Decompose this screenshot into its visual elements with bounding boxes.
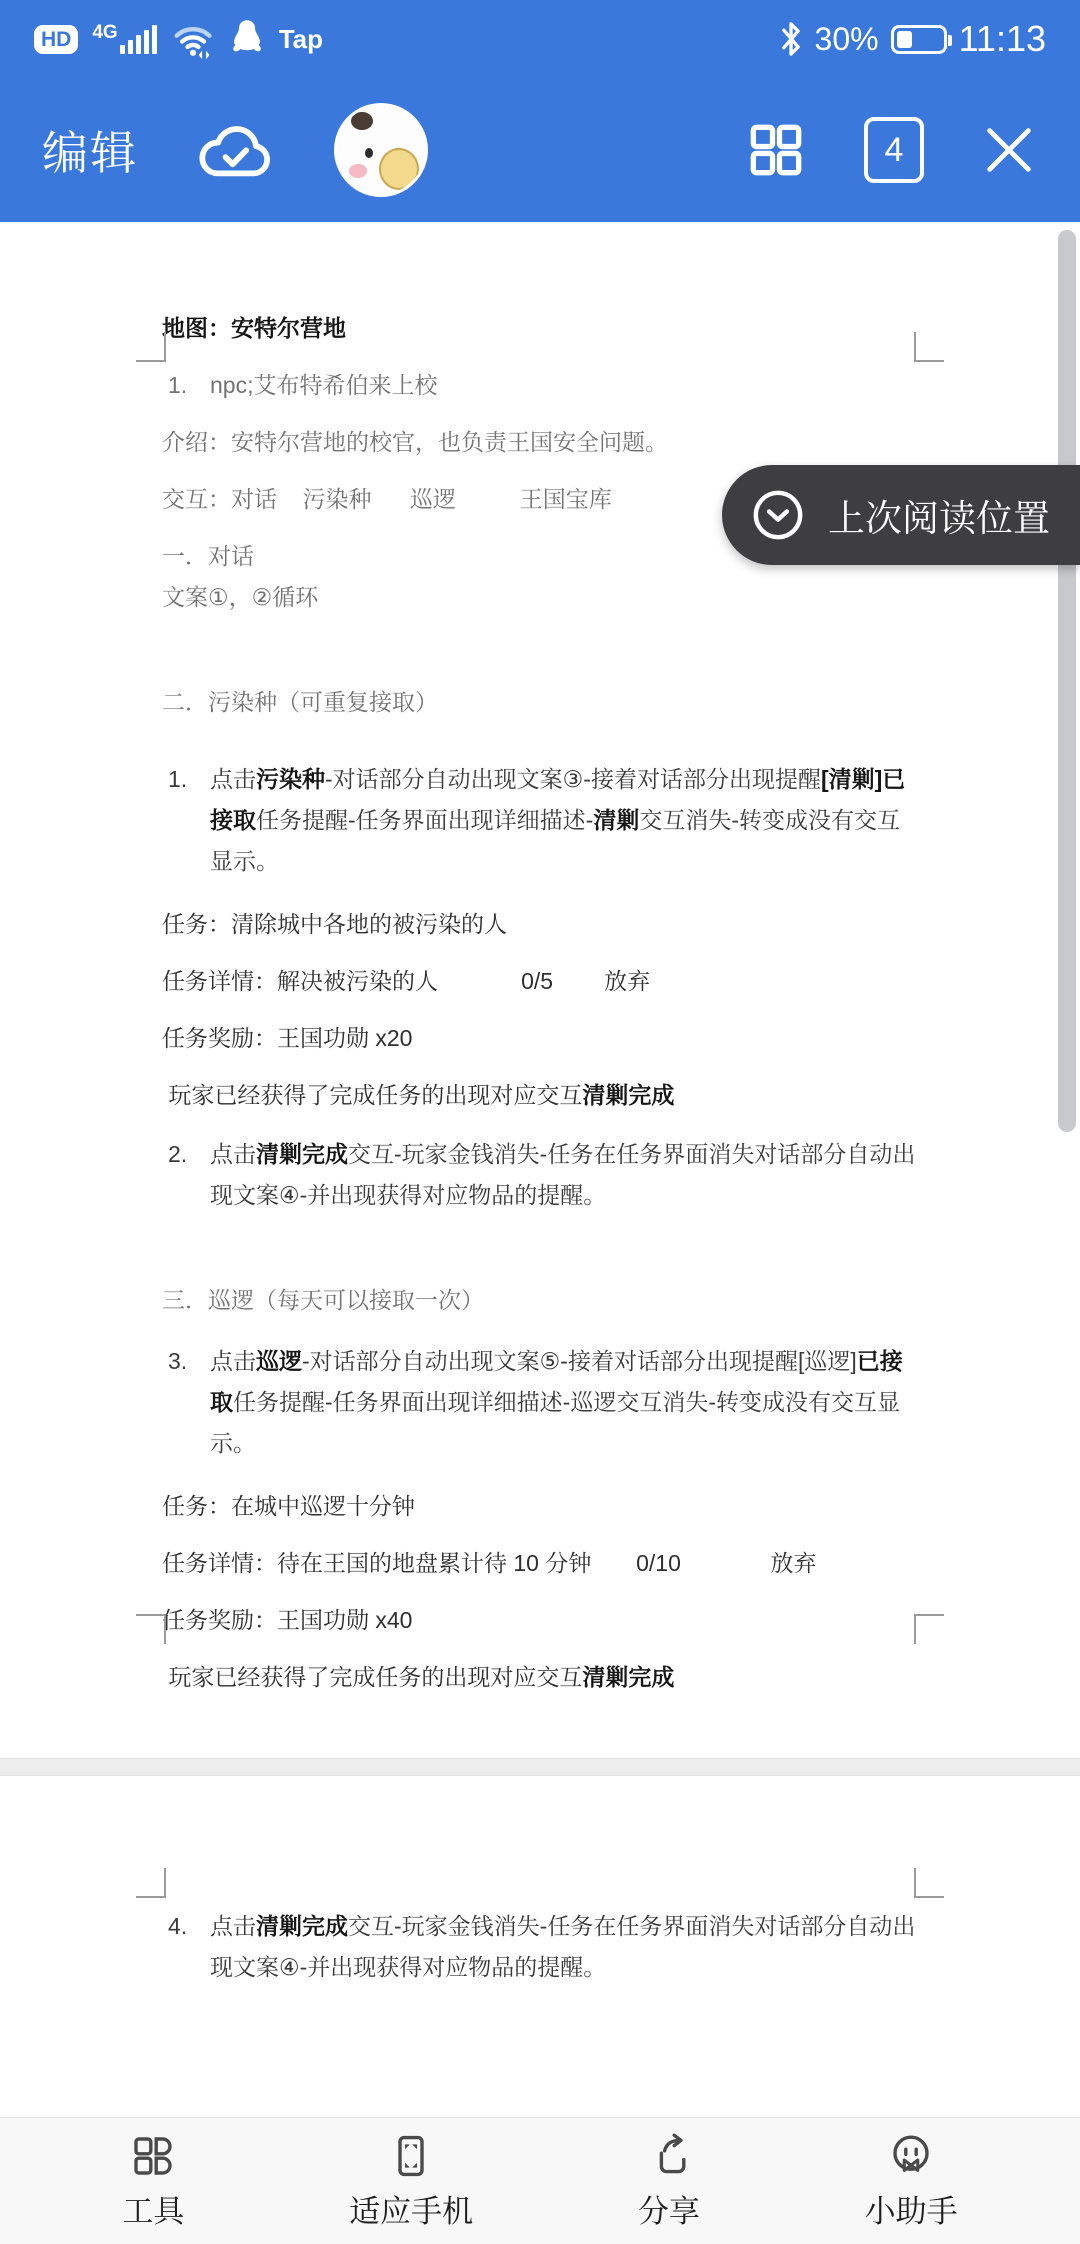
carrier-label: Tap bbox=[279, 24, 323, 55]
qq-icon bbox=[229, 18, 265, 60]
fit-phone-icon bbox=[387, 2132, 435, 2180]
page-count-button[interactable]: 4 bbox=[864, 117, 924, 183]
bluetooth-icon bbox=[779, 20, 803, 58]
task-2-detail: 任务详情：待在王国的地盘累计待 10 分钟 0/10 放弃 bbox=[162, 1543, 922, 1584]
close-icon[interactable] bbox=[980, 121, 1038, 179]
task-1-complete-note: 玩家已经获得了完成任务的出现对应交互清剿完成 bbox=[162, 1075, 922, 1116]
list-item-1: 1. 点击污染种-对话部分自动出现文案③-接着对话部分出现提醒[清剿]已接取任务… bbox=[162, 759, 922, 882]
npc-line: 1. npc;艾布特希伯来上校 bbox=[162, 365, 922, 406]
share-icon bbox=[645, 2132, 693, 2180]
page-margin-mark bbox=[914, 332, 944, 362]
task-1: 任务：清除城中各地的被污染的人 bbox=[162, 904, 922, 945]
fit-phone-button[interactable]: 适应手机 bbox=[349, 2132, 473, 2231]
last-read-position-label: 上次阅读位置 bbox=[828, 488, 1050, 542]
npc-intro: 介绍：安特尔营地的校官，也负责王国安全问题。 bbox=[162, 422, 922, 463]
section-2-title: 二．污染种（可重复接取） bbox=[162, 682, 922, 723]
wifi-icon bbox=[171, 19, 215, 59]
status-bar: HD 4G Tap bbox=[0, 0, 1080, 78]
task-2: 任务：在城中巡逻十分钟 bbox=[162, 1486, 922, 1527]
cloud-sync-icon[interactable] bbox=[194, 117, 278, 183]
multitask-grid-icon[interactable] bbox=[744, 118, 808, 182]
page-separator bbox=[0, 1758, 1080, 1776]
task-2-complete-note: 玩家已经获得了完成任务的出现对应交互清剿完成 bbox=[162, 1657, 922, 1698]
assistant-button[interactable]: 小助手 bbox=[865, 2132, 958, 2231]
share-button[interactable]: 分享 bbox=[638, 2132, 700, 2231]
page-margin-mark bbox=[914, 1614, 944, 1644]
map-title: 地图：安特尔营地 bbox=[162, 308, 922, 349]
page-margin-mark bbox=[914, 1868, 944, 1898]
tools-grid-icon bbox=[129, 2132, 177, 2180]
task-1-reward: 任务奖励：王国功勋 x20 bbox=[162, 1018, 922, 1059]
scrollbar-thumb[interactable] bbox=[1058, 230, 1076, 1132]
page-margin-mark bbox=[136, 332, 166, 362]
section-3-title: 三．巡逻（每天可以接取一次） bbox=[162, 1280, 922, 1321]
clock: 11:13 bbox=[959, 18, 1046, 60]
list-item-4: 4. 点击清剿完成交互-玩家金钱消失-任务在任务界面消失对话部分自动出现文案④-… bbox=[162, 1906, 922, 1988]
document-page-1: 地图：安特尔营地 1. npc;艾布特希伯来上校 介绍：安特尔营地的校官，也负责… bbox=[0, 222, 1080, 1758]
section-1-body: 文案①，②循环 bbox=[162, 577, 922, 618]
document-page-2: 4. 点击清剿完成交互-玩家金钱消失-任务在任务界面消失对话部分自动出现文案④-… bbox=[0, 1776, 1080, 2120]
list-item-3: 3. 点击巡逻-对话部分自动出现文案⑤-接着对话部分出现提醒[巡逻]已接取任务提… bbox=[162, 1341, 922, 1464]
last-read-position-button[interactable]: 上次阅读位置 bbox=[722, 465, 1080, 565]
battery-icon bbox=[891, 25, 947, 54]
hd-badge: HD bbox=[34, 25, 78, 54]
circle-chevron-down-icon bbox=[750, 487, 806, 543]
bottom-toolbar: 工具 适应手机 分享 bbox=[0, 2117, 1080, 2244]
cellular-signal-icon: 4G bbox=[92, 25, 156, 54]
task-1-detail: 任务详情：解决被污染的人 0/5 放弃 bbox=[162, 961, 922, 1002]
app-toolbar: 编辑 4 bbox=[0, 78, 1080, 222]
edit-button[interactable]: 编辑 bbox=[42, 117, 138, 183]
avatar[interactable] bbox=[334, 103, 428, 197]
assistant-icon bbox=[887, 2132, 935, 2180]
page-margin-mark bbox=[136, 1868, 166, 1898]
battery-percent: 30% bbox=[815, 21, 879, 58]
list-item-2: 2. 点击清剿完成交互-玩家金钱消失-任务在任务界面消失对话部分自动出现文案④-… bbox=[162, 1134, 922, 1216]
tools-button[interactable]: 工具 bbox=[122, 2132, 184, 2231]
document-view[interactable]: 地图：安特尔营地 1. npc;艾布特希伯来上校 介绍：安特尔营地的校官，也负责… bbox=[0, 222, 1080, 2120]
task-2-reward: 任务奖励：王国功勋 x40 bbox=[162, 1600, 922, 1641]
page-margin-mark bbox=[136, 1614, 166, 1644]
